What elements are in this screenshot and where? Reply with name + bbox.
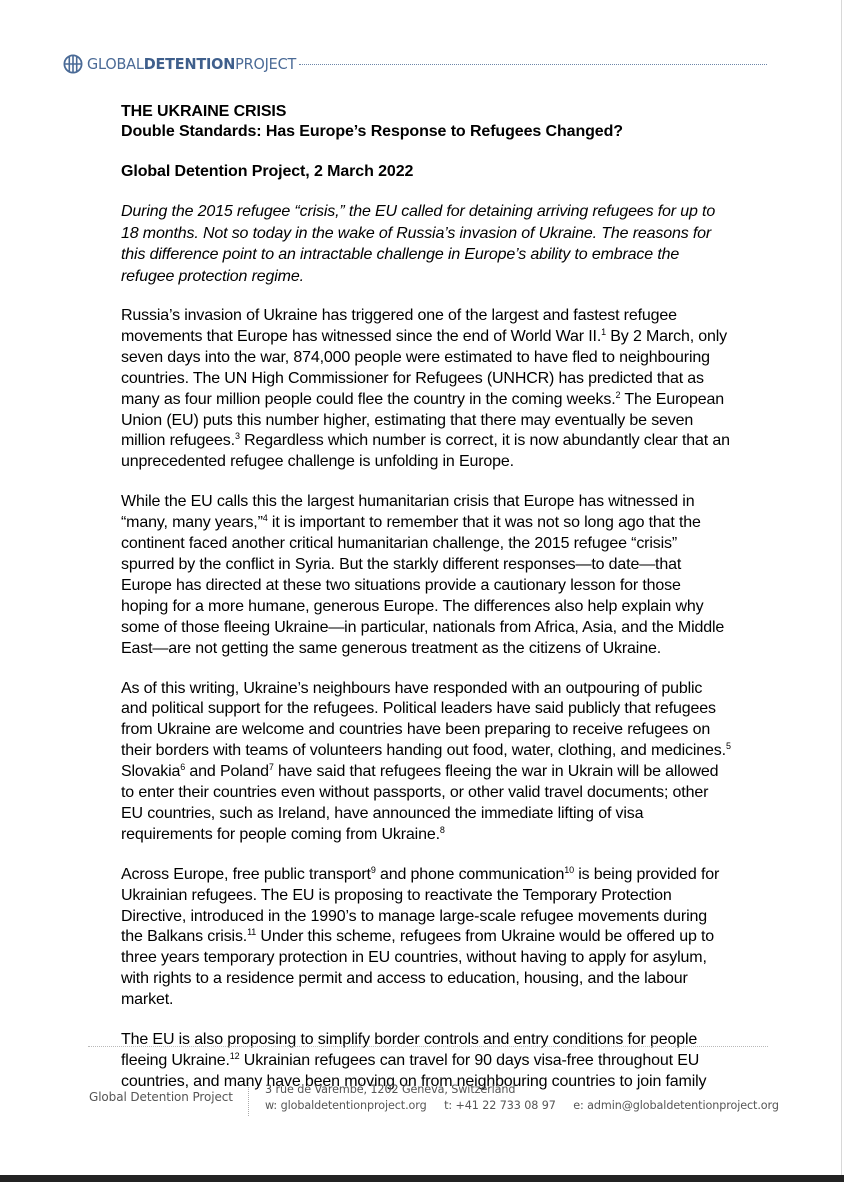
logo-suffix: PROJECT xyxy=(235,55,296,73)
footer-contacts: w: globaldetentionproject.org t: +41 22 … xyxy=(265,1099,779,1112)
logo: GLOBALDETENTIONPROJECT xyxy=(63,53,312,75)
footer-divider xyxy=(88,1046,768,1047)
document-byline: Global Detention Project, 2 March 2022 xyxy=(121,162,731,182)
body-paragraphs: Russia’s invasion of Ukraine has trigger… xyxy=(121,306,731,1093)
footnote-marker: 11 xyxy=(247,927,256,937)
logo-prefix: GLOBAL xyxy=(87,55,144,73)
footnote-marker: 8 xyxy=(440,825,445,835)
footer-org-name: Global Detention Project xyxy=(89,1090,233,1104)
footnote-marker: 5 xyxy=(726,741,731,751)
header-divider xyxy=(299,64,767,65)
viewer-bottom-bar xyxy=(0,1175,844,1182)
document-page: GLOBALDETENTIONPROJECT THE UKRAINE CRISI… xyxy=(0,0,842,1175)
page-header: GLOBALDETENTIONPROJECT xyxy=(63,53,768,75)
document-subtitle: Double Standards: Has Europe’s Response … xyxy=(121,122,731,142)
paragraph-text: and phone communication xyxy=(376,866,565,883)
body-paragraph: Across Europe, free public transport9 an… xyxy=(121,865,731,1011)
footer-phone: t: +41 22 733 08 97 xyxy=(444,1099,556,1112)
document-lede: During the 2015 refugee “crisis,” the EU… xyxy=(121,201,731,287)
paragraph-text: Slovakia xyxy=(121,763,180,780)
paragraph-text: and Poland xyxy=(185,763,269,780)
footer-website: w: globaldetentionproject.org xyxy=(265,1099,427,1112)
footnote-marker: 10 xyxy=(564,865,574,875)
body-paragraph: As of this writing, Ukraine’s neighbours… xyxy=(121,679,731,846)
logo-bold: DETENTION xyxy=(144,55,235,73)
paragraph-text: Russia’s invasion of Ukraine has trigger… xyxy=(121,307,677,345)
document-title: THE UKRAINE CRISIS xyxy=(121,102,731,122)
footer-email: e: admin@globaldetentionproject.org xyxy=(573,1099,779,1112)
paragraph-text: As of this writing, Ukraine’s neighbours… xyxy=(121,680,726,760)
body-paragraph: Russia’s invasion of Ukraine has trigger… xyxy=(121,306,731,473)
paragraph-text: Across Europe, free public transport xyxy=(121,866,371,883)
paragraph-text: it is important to remember that it was … xyxy=(121,514,724,656)
footer-address: 3 rue de Varembé, 1202 Geneva, Switzerla… xyxy=(265,1083,515,1096)
document-body: THE UKRAINE CRISIS Double Standards: Has… xyxy=(121,102,731,1093)
footnote-marker: 12 xyxy=(230,1051,240,1061)
footer-separator xyxy=(248,1082,249,1116)
globe-icon xyxy=(63,54,83,74)
body-paragraph: While the EU calls this the largest huma… xyxy=(121,492,731,659)
logo-wordmark: GLOBALDETENTIONPROJECT xyxy=(87,55,296,73)
